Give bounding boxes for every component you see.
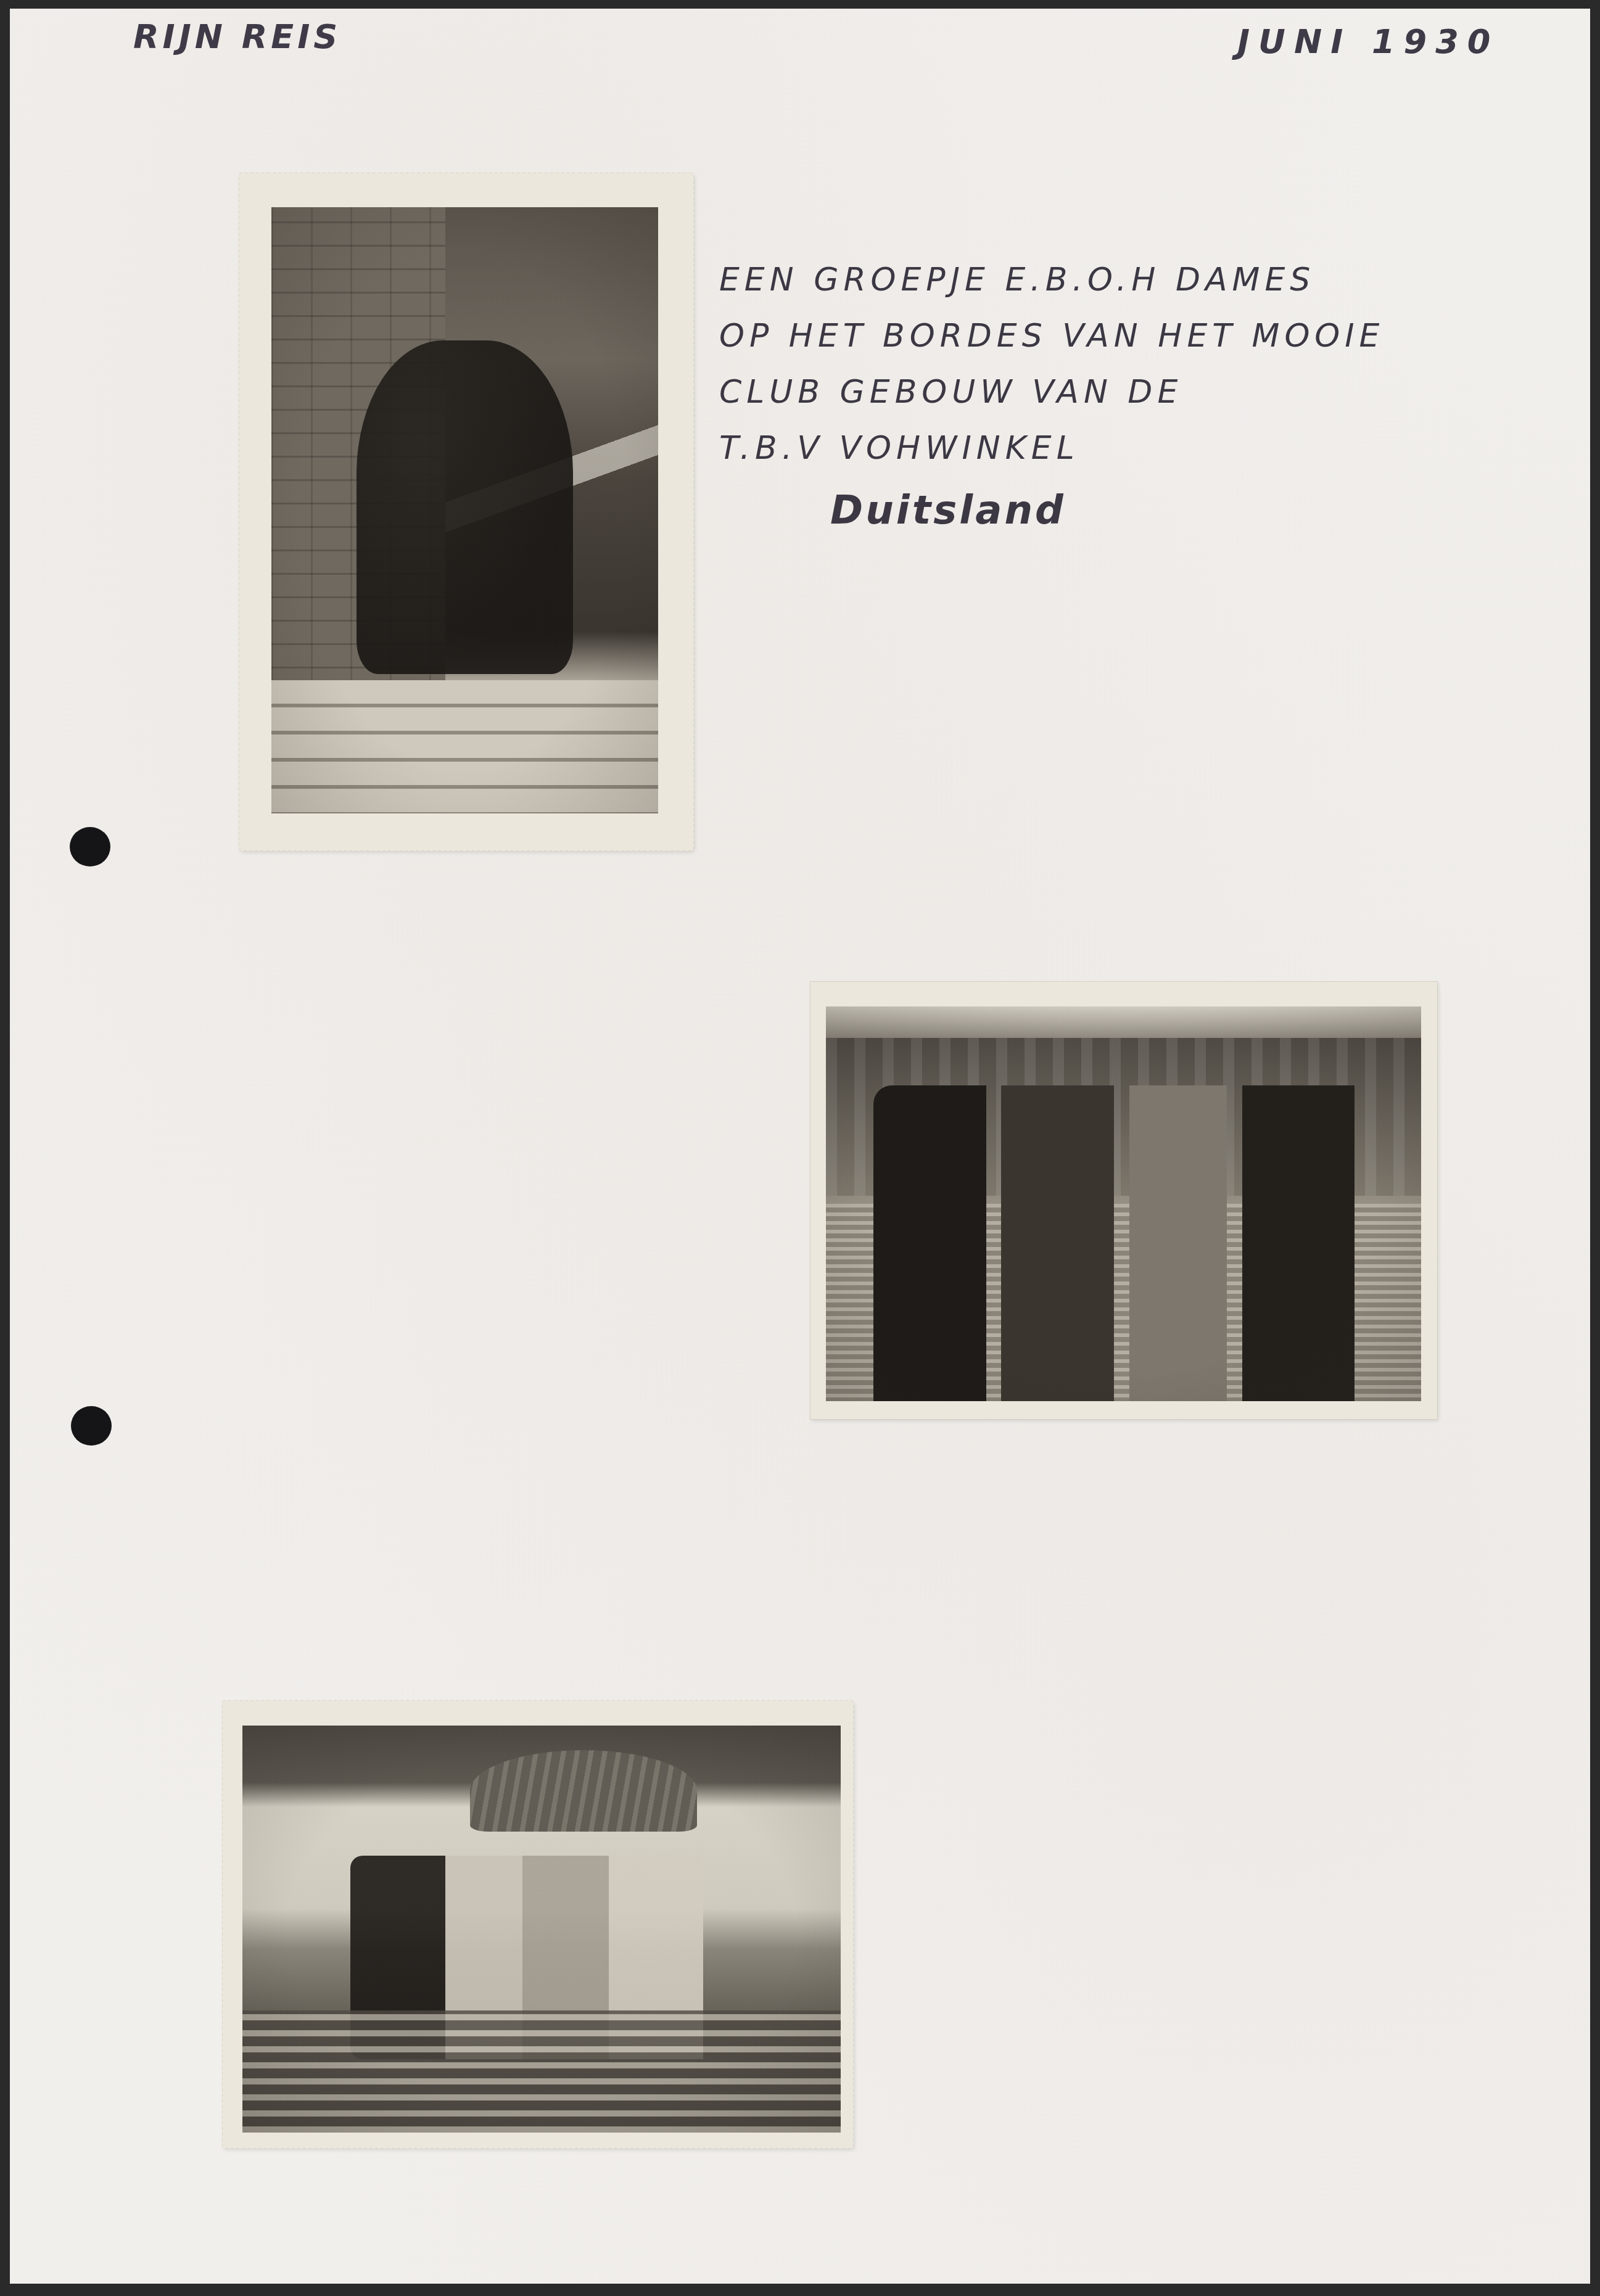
stone-wall xyxy=(271,207,445,692)
punch-hole-icon xyxy=(70,827,110,866)
handwritten-caption: een groepje E.B.O.H Dames op het Bordes … xyxy=(719,252,1540,539)
album-page: Rijn Reis Juni 1930 een groepje E.B.O.H … xyxy=(10,9,1590,2284)
photo-image xyxy=(826,1006,1421,1401)
page-date: Juni 1930 xyxy=(1237,22,1499,61)
town-background xyxy=(826,1038,1421,1196)
stairs xyxy=(271,680,658,813)
four-people xyxy=(873,1085,1385,1401)
photo-terrace-group xyxy=(223,1701,853,2148)
punch-hole-icon xyxy=(71,1406,112,1446)
women-drinking xyxy=(350,1856,781,2059)
river-water xyxy=(826,1204,1421,1401)
terrace-chairs xyxy=(242,2010,841,2133)
caption-line: een groepje E.B.O.H Dames xyxy=(719,252,1540,308)
page-title: Rijn Reis xyxy=(133,17,341,56)
photo-stairs-group xyxy=(239,173,693,850)
photo-image xyxy=(242,1726,841,2133)
photo-image xyxy=(271,207,658,813)
group-of-women xyxy=(357,340,573,674)
caption-line: op het Bordes van het mooie xyxy=(719,308,1540,364)
photo-river-group xyxy=(810,982,1437,1419)
caption-line: club gebouw van de xyxy=(719,364,1540,421)
parasol xyxy=(470,1750,698,1832)
caption-line: T.B.V vohwinkel xyxy=(719,421,1540,477)
caption-location: Duitsland xyxy=(830,483,1540,539)
